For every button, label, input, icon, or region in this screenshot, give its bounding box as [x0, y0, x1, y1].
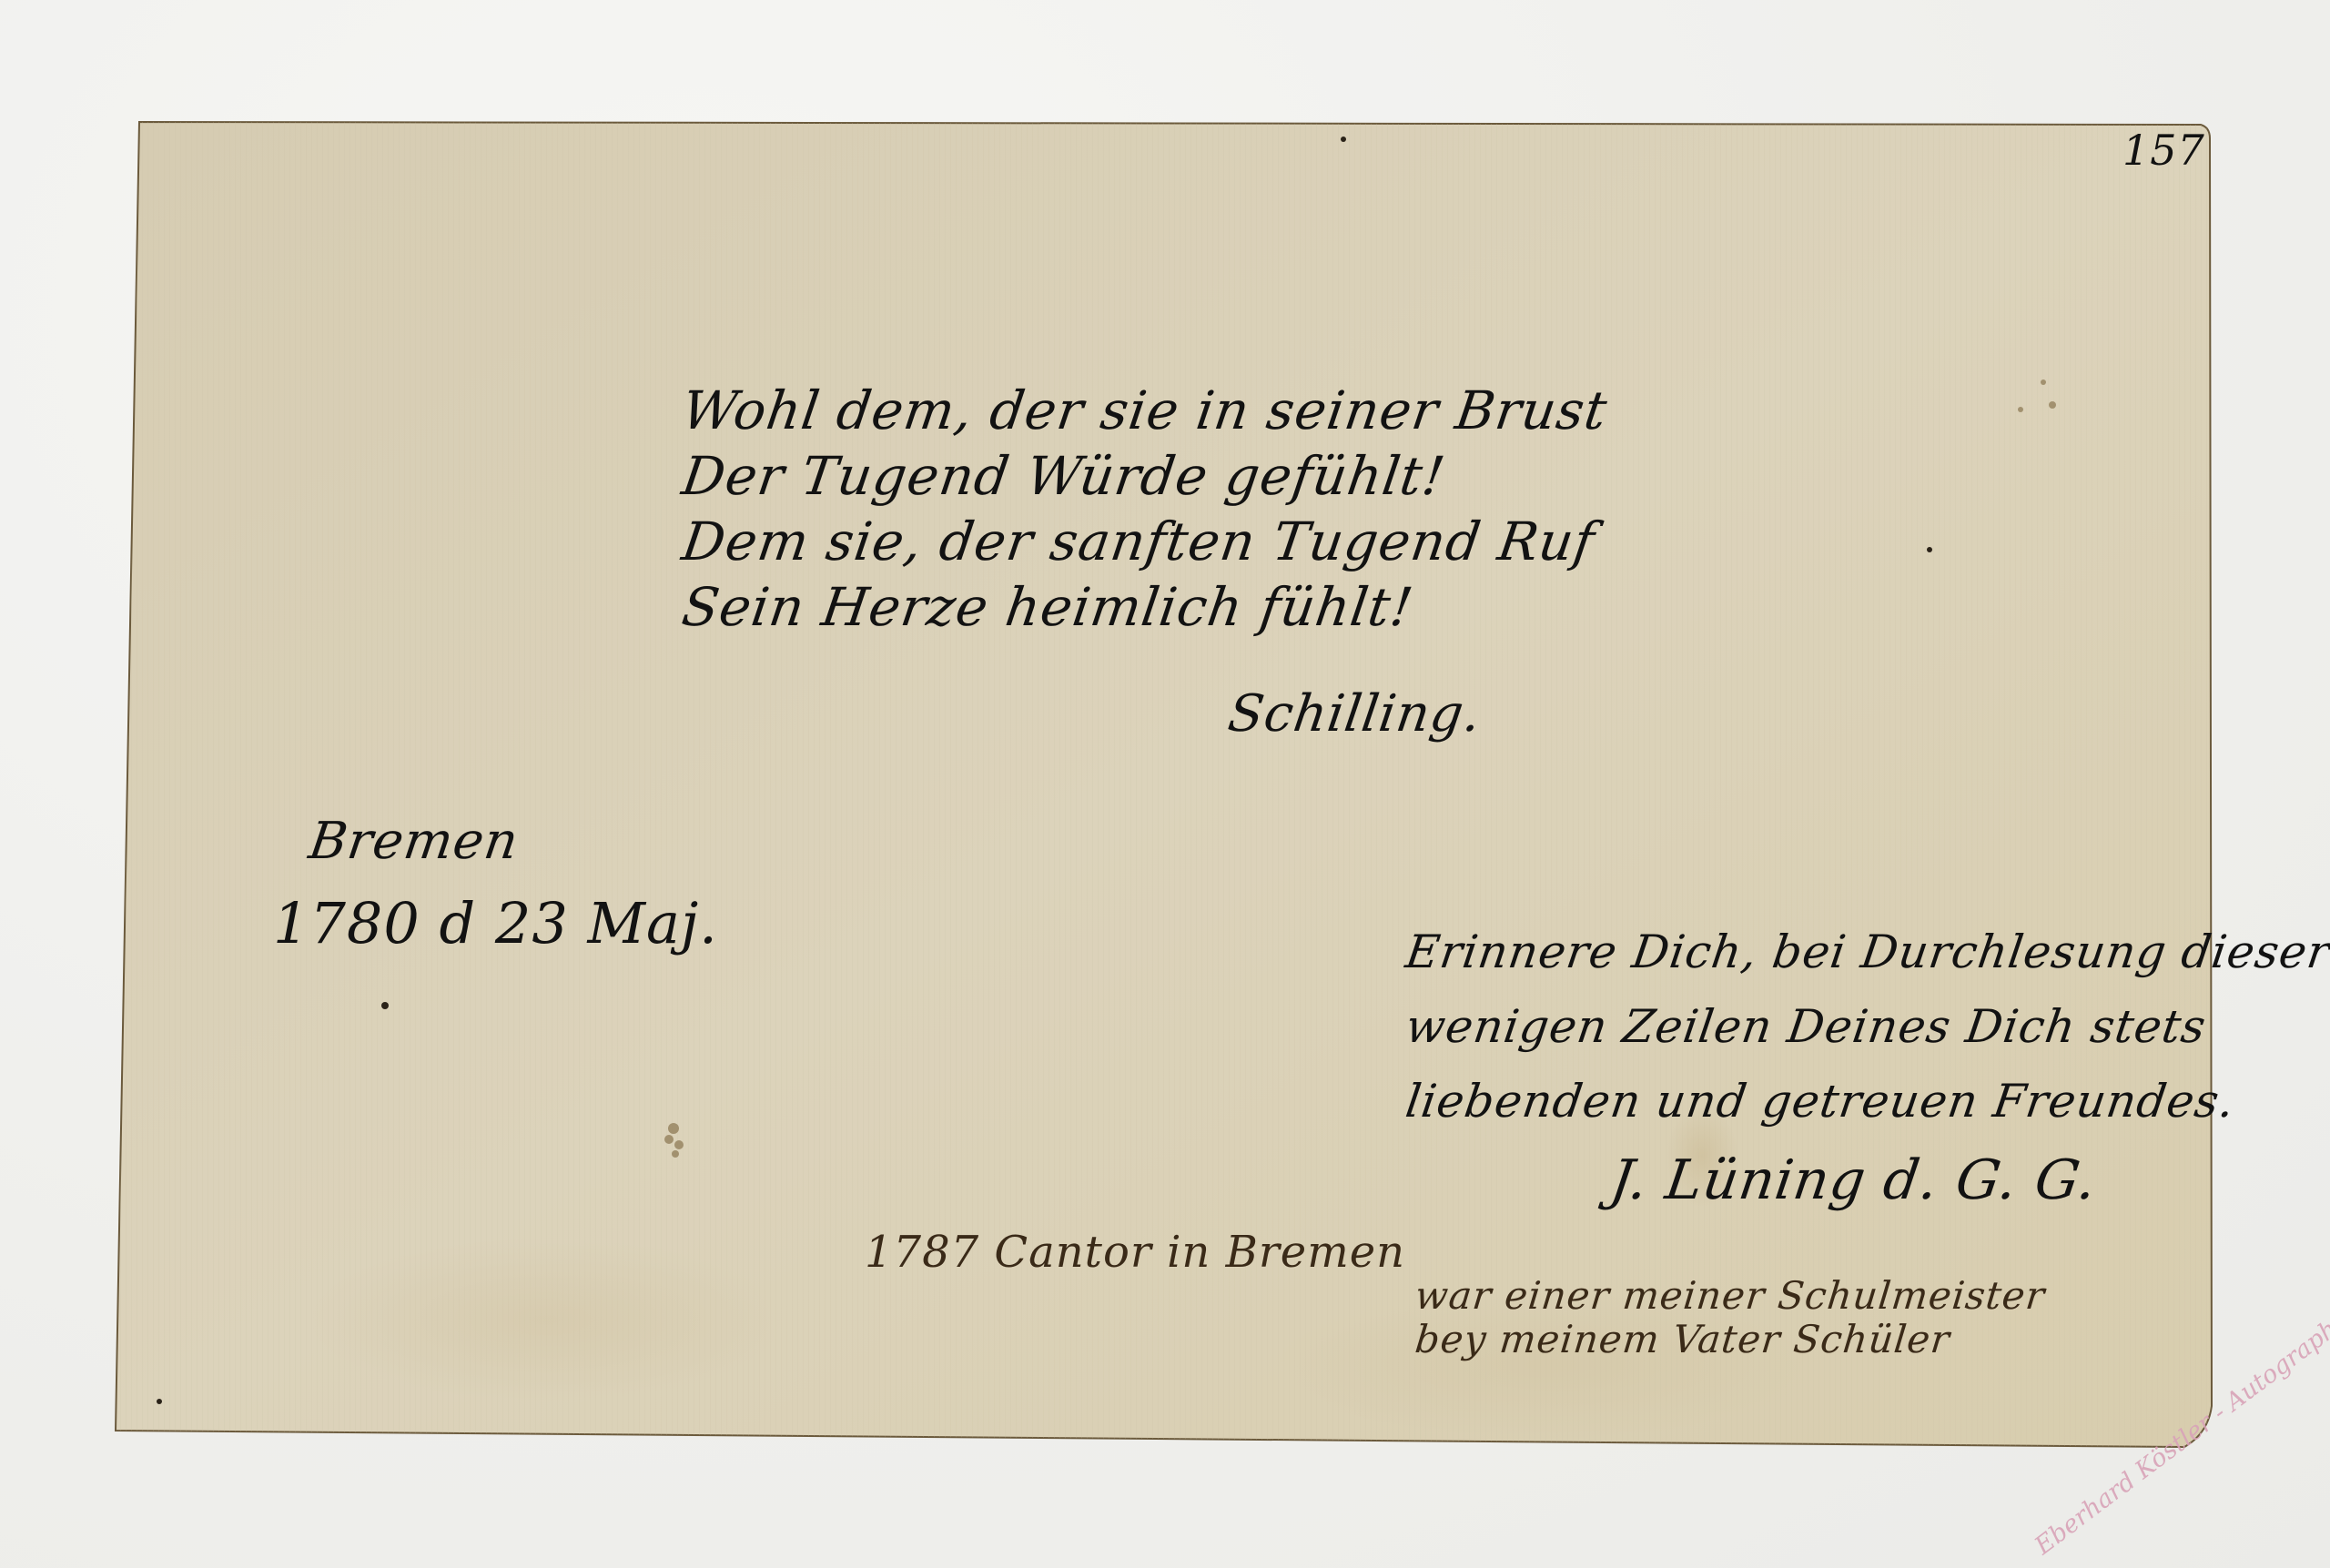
poem-line: Dem sie, der sanften Tugend Ruf — [678, 509, 1612, 574]
page-number: 157 — [2122, 126, 2205, 175]
dedication-line: liebenden und getreuen Freundes. — [1401, 1064, 2330, 1138]
poem-line: Sein Herze heimlich fühlt! — [678, 574, 1612, 640]
poem: Wohl dem, der sie in seiner Brust Der Tu… — [678, 378, 1603, 640]
date: 1780 d 23 Maj. — [273, 883, 718, 965]
dedication: Erinnere Dich, bei Durchlesung dieser we… — [1406, 915, 2330, 1138]
dedication-line: wenigen Zeilen Deines Dich stets — [1401, 989, 2330, 1064]
poem-line: Der Tugend Würde gefühlt! — [678, 443, 1612, 509]
annotation-line: war einer meiner Schulmeister — [1413, 1274, 2047, 1318]
poem-author: Schilling. — [1224, 684, 1484, 744]
signature: J. Lüning d. G. G. — [1606, 1148, 2101, 1212]
dedication-line: Erinnere Dich, bei Durchlesung dieser — [1401, 915, 2330, 989]
annotation-1787: 1787 Cantor in Bremen — [865, 1227, 1405, 1278]
poem-line: Wohl dem, der sie in seiner Brust — [678, 378, 1612, 443]
annotation-line: bey meinem Vater Schüler — [1413, 1318, 2047, 1361]
place-date: Bremen 1780 d 23 Maj. — [273, 801, 718, 965]
place-name: Bremen — [304, 801, 724, 883]
later-annotation: war einer meiner Schulmeister bey meinem… — [1415, 1274, 2045, 1361]
